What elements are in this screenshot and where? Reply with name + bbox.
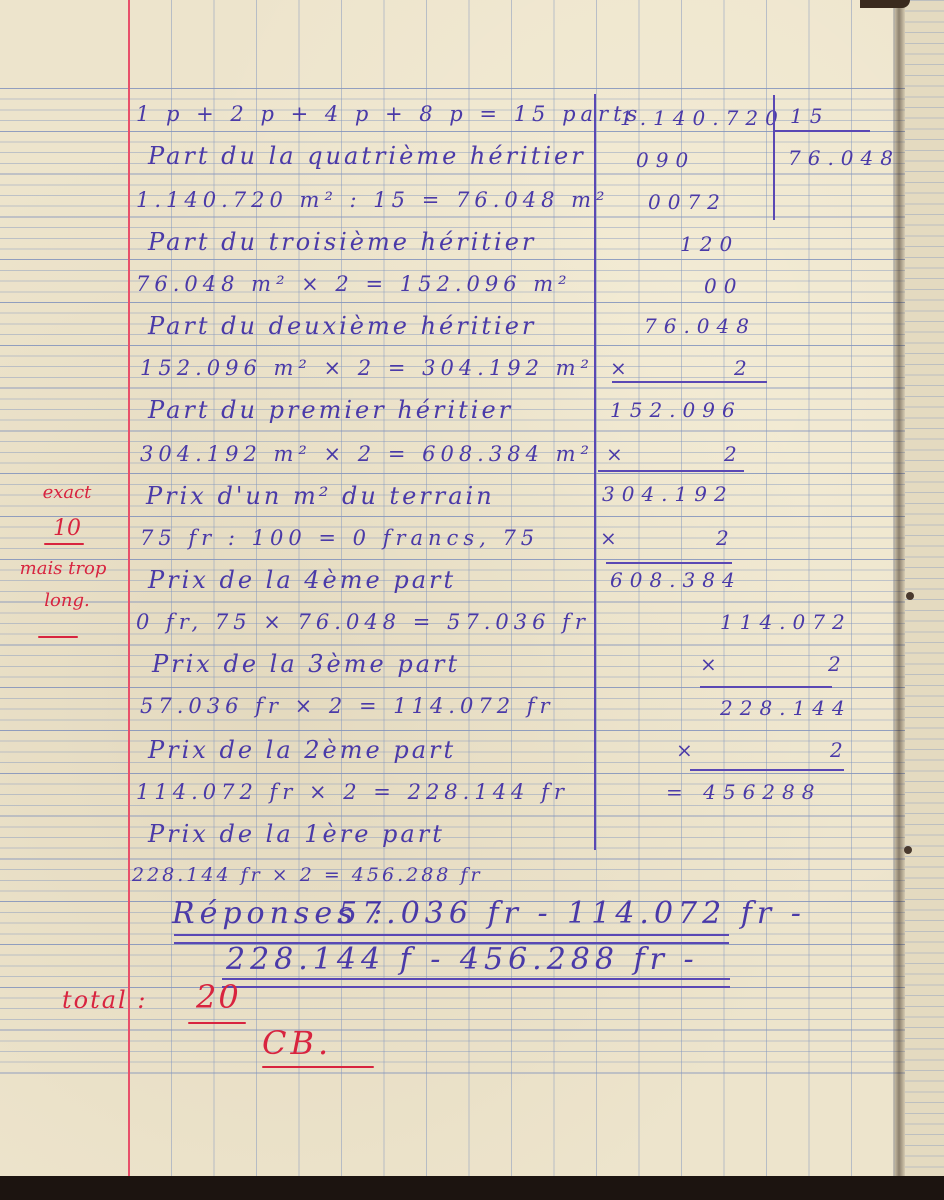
mult-rule bbox=[598, 470, 744, 472]
division-step: 00 bbox=[704, 274, 743, 298]
teacher-comment-too-long: mais trop bbox=[8, 560, 118, 578]
teacher-comment-long: long. bbox=[22, 592, 112, 610]
page-corner-shadow bbox=[860, 0, 910, 8]
teacher-total-label: total : bbox=[62, 986, 147, 1014]
label-price-1st: Prix de la 1ère part bbox=[148, 820, 445, 848]
teacher-initials-underline bbox=[262, 1066, 374, 1068]
teacher-total-underline bbox=[188, 1022, 246, 1024]
division-bracket-vertical bbox=[773, 95, 775, 220]
teacher-initials: CB. bbox=[262, 1024, 332, 1062]
label-first-heir: Part du premier héritier bbox=[148, 396, 513, 424]
answers-underline bbox=[222, 986, 730, 988]
label-third-heir: Part du troisième héritier bbox=[148, 228, 536, 256]
mult-multiplier: 2 bbox=[828, 652, 848, 676]
division-step: 090 bbox=[636, 148, 695, 172]
label-price-2nd: Prix de la 2ème part bbox=[148, 736, 456, 764]
teacher-comment-partial-score: 10 bbox=[22, 518, 112, 540]
calc-line-price-per-m2: 75 fr : 100 = 0 francs, 75 bbox=[140, 526, 539, 550]
label-fourth-heir: Part du la quatrième héritier bbox=[148, 142, 586, 170]
calc-line-first-share: 304.192 m² × 2 = 608.384 m² bbox=[140, 442, 594, 466]
mult-operand: 114.072 bbox=[720, 610, 852, 634]
mult-multiplier: 2 bbox=[724, 442, 744, 466]
times-sign: × bbox=[610, 356, 634, 380]
mult-rule bbox=[690, 769, 844, 771]
teacher-comment-underline bbox=[38, 636, 78, 638]
teacher-total-score: 20 bbox=[196, 978, 241, 1016]
mult-rule bbox=[700, 686, 832, 688]
calc-line-price-1st: 228.144 fr × 2 = 456.288 fr bbox=[132, 864, 483, 886]
times-sign: × bbox=[700, 652, 724, 676]
label-price-4th: Prix de la 4ème part bbox=[148, 566, 456, 594]
calc-line-price-4th: 0 fr, 75 × 76.048 = 57.036 fr bbox=[136, 610, 590, 634]
notebook-page: 1 p + 2 p + 4 p + 8 p = 15 parts Part du… bbox=[0, 0, 944, 1176]
label-price-3rd: Prix de la 3ème part bbox=[152, 650, 460, 678]
division-bracket-horizontal bbox=[775, 130, 870, 132]
mult-result: 608.384 bbox=[610, 568, 742, 592]
calc-line-second-share: 152.096 m² × 2 = 304.192 m² bbox=[140, 356, 594, 380]
division-divisor: 15 bbox=[790, 104, 829, 128]
label-price-per-m2: Prix d'un m² du terrain bbox=[146, 482, 495, 510]
mult-result: = 456288 bbox=[666, 780, 821, 804]
mult-operand: 76.048 bbox=[644, 314, 756, 338]
answers-line-2: 228.144 f - 456.288 fr - bbox=[226, 942, 699, 977]
calc-line-third-share: 76.048 m² × 2 = 152.096 m² bbox=[136, 272, 572, 296]
staple-hole bbox=[904, 846, 912, 854]
answers-underline bbox=[222, 978, 730, 980]
calc-line-price-3rd: 57.036 fr × 2 = 114.072 fr bbox=[140, 694, 555, 718]
division-quotient: 76.048 bbox=[788, 146, 900, 170]
answers-underline bbox=[174, 934, 729, 936]
mult-result: 304.192 bbox=[602, 482, 734, 506]
mult-rule bbox=[606, 562, 732, 564]
mult-result: 228.144 bbox=[720, 696, 852, 720]
division-step: 0072 bbox=[648, 190, 727, 214]
calc-line-price-2nd: 114.072 fr × 2 = 228.144 fr bbox=[136, 780, 569, 804]
mult-multiplier: 2 bbox=[734, 356, 754, 380]
division-step: 120 bbox=[680, 232, 739, 256]
teacher-comment-exact: exact bbox=[22, 484, 112, 502]
times-sign: × bbox=[676, 738, 700, 762]
mult-result: 152.096 bbox=[610, 398, 742, 422]
division-dividend: 1.140.720 bbox=[620, 106, 785, 130]
facing-page-edge bbox=[905, 0, 944, 1176]
times-sign: × bbox=[600, 526, 624, 550]
binding-gutter bbox=[893, 0, 905, 1176]
times-sign: × bbox=[606, 442, 630, 466]
label-second-heir: Part du deuxième héritier bbox=[148, 312, 536, 340]
column-divider-line bbox=[594, 94, 596, 850]
answers-line-1: 57.036 fr - 114.072 fr - bbox=[338, 896, 806, 931]
mult-multiplier: 2 bbox=[830, 738, 850, 762]
staple-hole bbox=[906, 592, 914, 600]
calc-line-parts: 1 p + 2 p + 4 p + 8 p = 15 parts bbox=[136, 102, 642, 126]
mult-multiplier: 2 bbox=[716, 526, 736, 550]
teacher-score-underline bbox=[44, 543, 84, 545]
calc-line-fourth-share: 1.140.720 m² : 15 = 76.048 m² bbox=[136, 188, 609, 212]
mult-rule bbox=[612, 381, 767, 383]
